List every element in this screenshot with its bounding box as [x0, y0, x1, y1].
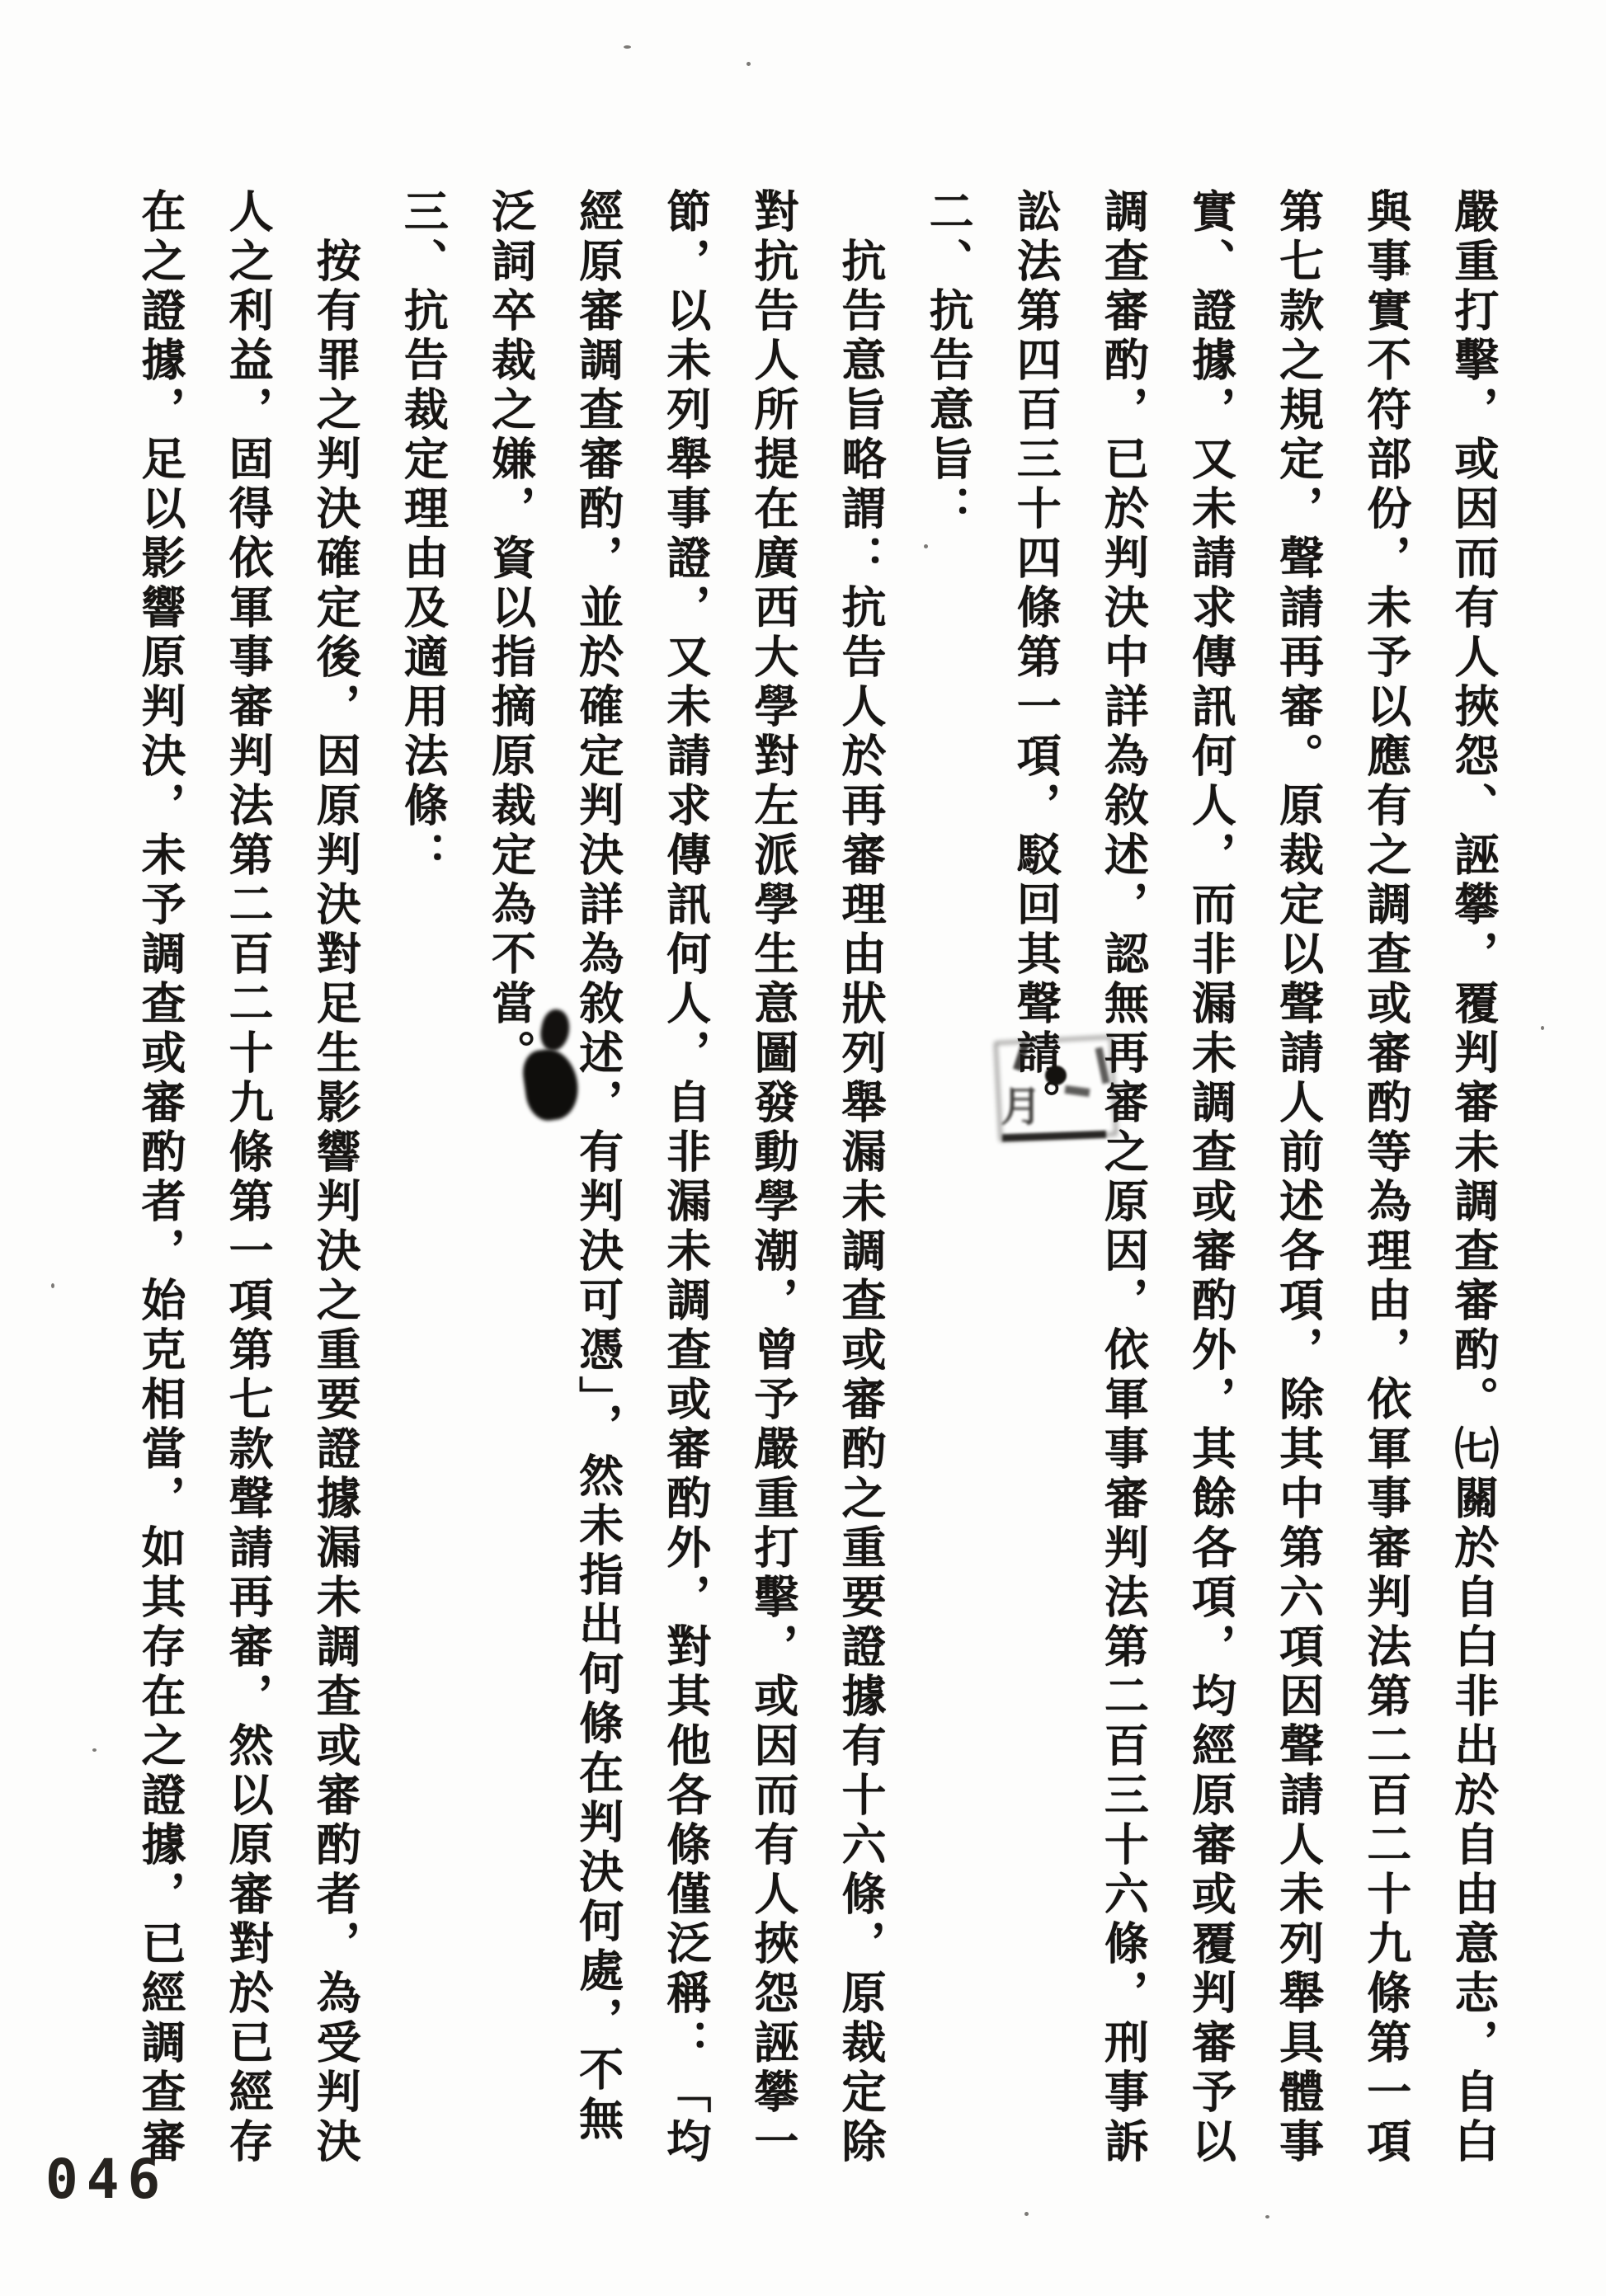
scan-noise-speck: [51, 1283, 54, 1288]
smudge-blob: [520, 1046, 582, 1123]
ink-smudge: [525, 1009, 587, 1125]
document-text: 嚴重打擊，或因而有人挾怨、誣攀，覆判審未調查審酌。㈦關於自白非出於自由意志，自白…: [136, 188, 1497, 2200]
scan-noise-speck: [1265, 2215, 1269, 2218]
scan-noise-speck: [355, 1160, 358, 1163]
ink-stamp: 月: [994, 1036, 1118, 1141]
text-column-01: 嚴重打擊，或因而有人挾怨、誣攀，覆判審未調查審酌。㈦關於自白非出於自由意志，自白: [1449, 188, 1497, 2200]
smudge-blob: [537, 1007, 573, 1053]
scan-noise-speck: [1024, 2212, 1029, 2216]
scan-noise-speck: [924, 544, 928, 548]
page-number: 046: [45, 2148, 168, 2211]
text-column-11: 經原審調查審酌，並於確定判決詳為敘述，有判決可憑」，然未指出何條在判決何處，不無: [574, 188, 622, 2200]
text-column-05: 調查審酌，已於判決中詳為敘述，認無再審之原因，依軍事審判法第二百三十六條，刑事訴: [1099, 188, 1147, 2200]
text-column-15: 人之利益，固得依軍事審判法第二百二十九條第一項第七款聲請再審，然以原審對於已經存: [224, 188, 271, 2200]
text-column-03: 第七款之規定，聲請再審。原裁定以聲請人前述各項，除其中第六項因聲請人未列舉具體事: [1274, 188, 1322, 2200]
scan-noise-speck: [92, 1748, 97, 1752]
text-column-14: 按有罪之判決確定後，因原判決對足生影響判決之重要證據漏未調查或審酌者，為受判決: [311, 188, 359, 2200]
section-heading-2-appeal-gist: 二、抗告意旨：: [924, 188, 972, 2200]
text-column-16: 在之證據，足以影響原判決，未予調查或審酌者，始克相當，如其存在之證據，已經調查審: [136, 188, 184, 2200]
scan-noise-speck: [1406, 272, 1409, 275]
text-column-09: 對抗告人所提在廣西大學對左派學生意圖發動學潮，曾予嚴重打擊，或因而有人挾怨誣攀一: [749, 188, 797, 2200]
text-column-12: 泛詞卒裁之嫌，資以指摘原裁定為不當。: [487, 188, 535, 2200]
section-heading-3-ruling-reasons: 三、抗告裁定理由及適用法條：: [398, 188, 446, 2200]
text-column-02: 與事實不符部份，未予以應有之調查或審酌等為理由，依軍事審判法第二百二十九條第一項: [1362, 188, 1410, 2200]
text-column-08: 抗告意旨略謂：抗告人於再審理由狀列舉漏未調查或審酌之重要證據有十六條，原裁定除: [836, 188, 884, 2200]
scan-noise-speck: [1541, 1026, 1544, 1030]
scan-noise-speck: [746, 62, 751, 66]
scanned-page: 嚴重打擊，或因而有人挾怨、誣攀，覆判審未調查審酌。㈦關於自白非出於自由意志，自白…: [0, 0, 1606, 2296]
text-column-04: 實、證據，又未請求傳訊何人，而非漏未調查或審酌外，其餘各項，均經原審或覆判審予以: [1187, 188, 1235, 2200]
text-column-06: 訟法第四百三十四條第一項，駁回其聲請。: [1011, 188, 1059, 2200]
stamp-character: 月: [1001, 1074, 1042, 1133]
scan-noise-speck: [624, 45, 631, 49]
text-column-10: 節，以未列舉事證，又未請求傳訊何人，自非漏未調查或審酌外，對其他各條僅泛稱：「均: [662, 188, 709, 2200]
stamp-dot: [1045, 1066, 1067, 1085]
